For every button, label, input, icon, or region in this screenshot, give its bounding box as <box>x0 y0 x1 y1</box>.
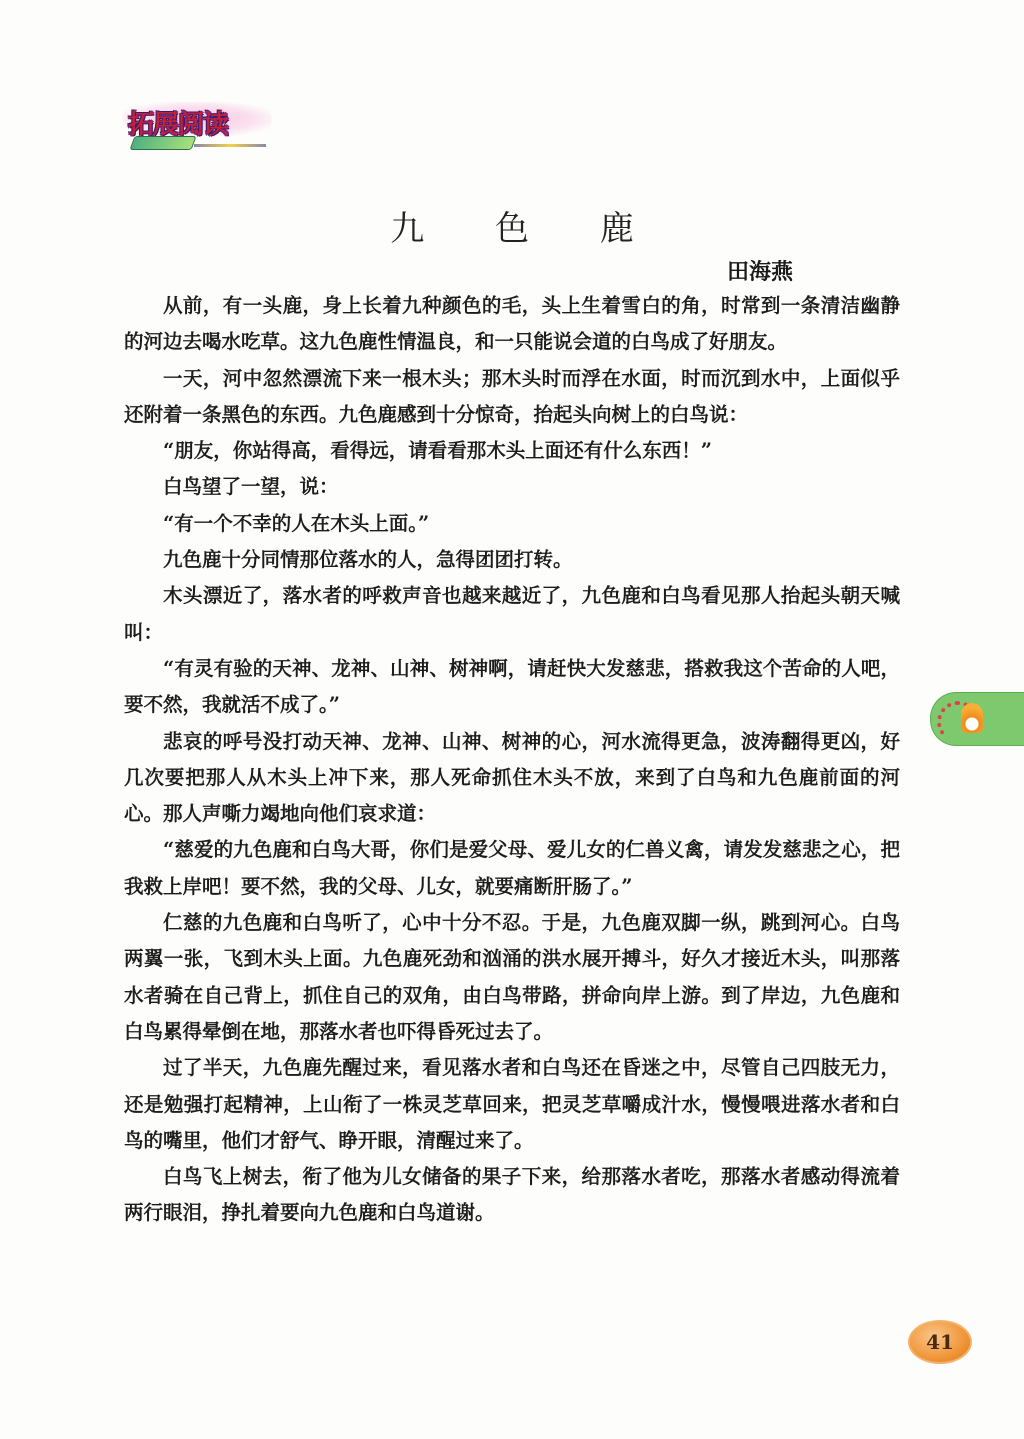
paragraph: 仁慈的九色鹿和白鸟听了，心中十分不忍。于是，九色鹿双脚一纵，跳到河心。白鸟两翼一… <box>124 905 900 1050</box>
paragraph: 白鸟望了一望，说： <box>124 469 900 505</box>
article-body: 从前，有一头鹿，身上长着九种颜色的毛，头上生着雪白的角，时常到一条清洁幽静的河边… <box>124 288 900 1232</box>
page-number-badge: 41 <box>908 1320 972 1364</box>
article-title: 九 色 鹿 <box>0 201 1024 250</box>
paragraph: 木头漂近了，落水者的呼救声音也越来越近了，九色鹿和白鸟看见那人抬起头朝天喊叫： <box>124 578 900 651</box>
section-banner: 拓展阅读 <box>118 98 278 156</box>
paragraph: “有灵有验的天神、龙神、山神、树神啊，请赶快大发慈悲，搭救我这个苦命的人吧，要不… <box>124 651 900 724</box>
squirrel-icon <box>961 703 983 733</box>
paragraph: 从前，有一头鹿，身上长着九种颜色的毛，头上生着雪白的角，时常到一条清洁幽静的河边… <box>124 288 900 361</box>
paragraph: 一天，河中忽然漂流下来一根木头；那木头时而浮在水面，时而沉到水中，上面似乎还附着… <box>124 361 900 434</box>
paragraph: 悲哀的呼号没打动天神、龙神、山神、树神的心，河水流得更急，波涛翻得更凶，好几次要… <box>124 724 900 833</box>
paragraph: 白鸟飞上树去，衔了他为儿女储备的果子下来，给那落水者吃，那落水者感动得流着两行眼… <box>124 1159 900 1232</box>
paragraph: “有一个不幸的人在木头上面。” <box>124 506 900 542</box>
paragraph: “慈爱的九色鹿和白鸟大哥，你们是爱父母、爱儿女的仁兽义禽，请发发慈悲之心，把我救… <box>124 832 900 905</box>
book-icon <box>129 136 196 150</box>
paragraph: 过了半天，九色鹿先醒过来，看见落水者和白鸟还在昏迷之中，尽管自己四肢无力，还是勉… <box>124 1050 900 1159</box>
article-author: 田海燕 <box>727 255 793 286</box>
paragraph: “朋友，你站得高，看得远，请看看那木头上面还有什么东西！” <box>124 433 900 469</box>
banner-underline <box>194 144 266 147</box>
side-tab <box>930 692 1024 746</box>
paragraph: 九色鹿十分同情那位落水的人，急得团团打转。 <box>124 542 900 578</box>
